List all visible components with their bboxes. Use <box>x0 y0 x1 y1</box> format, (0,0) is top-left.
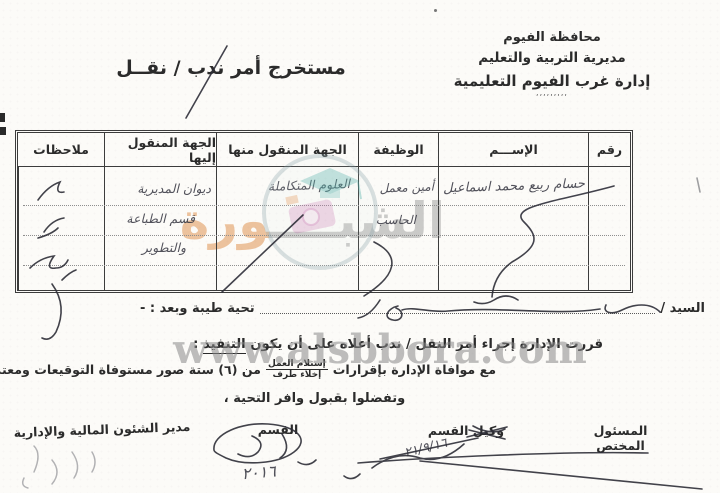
title-crossed-word: ندب <box>187 57 224 79</box>
scan-margin-mark <box>0 113 5 122</box>
signature-label-deputy-department: وكيل القسم <box>420 423 512 438</box>
signature-label-department: القسم <box>252 422 304 437</box>
signature-label-finance-director: مدير الشئون المالية والإدارية <box>12 419 192 440</box>
deputy-crossed-word: وكيل <box>473 423 504 438</box>
deputy-signature <box>344 474 360 479</box>
document-title: مستخرج أمر ندب / نقــل <box>112 57 350 79</box>
row-dotted-line <box>23 235 625 236</box>
col-header-from: الجهة المنقول منها <box>216 133 358 166</box>
cell-notes <box>18 167 104 291</box>
handwritten-job-line1: أمين معمل <box>352 180 434 197</box>
title-suffix: / نقــل <box>116 57 180 79</box>
table-header-row: رقم الإســـم الوظيفة الجهة المنقول منها … <box>18 133 630 167</box>
administration-underline: ,,,,,,,,, <box>452 90 652 96</box>
col-header-name: الإســـم <box>438 133 588 166</box>
handwritten-to-line2: قسم الطباعة <box>100 211 195 226</box>
competent-signature-line <box>420 461 702 489</box>
directorate-line: مديرية التربية والتعليم <box>452 50 652 66</box>
handwritten-deputy-date: ٢١/٩/١٦ <box>377 436 449 467</box>
department-signature <box>280 434 287 458</box>
letterhead: محافظة الفيوم مديرية التربية والتعليم إد… <box>452 30 652 96</box>
row-dotted-line <box>23 205 625 206</box>
col-header-notes: ملاحظات <box>18 133 104 166</box>
watermark-url: www.alsbbora.com <box>170 326 590 373</box>
department-signature <box>298 460 316 465</box>
margin-stroke <box>697 178 700 192</box>
governorate-line: محافظة الفيوم <box>452 30 652 45</box>
handwritten-to-line3: والتطوير <box>106 240 186 255</box>
closing-line: وتفضلوا بقبول وافر التحية ، <box>222 391 407 406</box>
row-dotted-line <box>23 265 625 266</box>
finance-signature <box>23 446 95 488</box>
addressee-line: السيد / تحية طيبة وبعد : - <box>140 301 705 316</box>
col-header-to: الجهة المنقول إليها <box>104 133 216 166</box>
handwritten-department-date: ٢٠١٦ <box>215 461 276 485</box>
scan-speck <box>434 9 437 12</box>
col-header-job: الوظيفة <box>358 133 438 166</box>
scanned-document-page: محافظة الفيوم مديرية التربية والتعليم إد… <box>0 0 720 493</box>
scan-margin-mark <box>0 127 6 135</box>
handwritten-job-line2: الحاسب <box>356 213 416 227</box>
dotted-leader <box>260 301 656 314</box>
addressee-prefix: السيد / <box>660 301 705 316</box>
signature-label-competent-official: المسئول المختص <box>568 423 673 453</box>
department-signature <box>238 436 261 457</box>
col-header-number: رقم <box>588 133 630 166</box>
cell-number <box>588 167 630 291</box>
handwritten-to-line1: ديوان المديرية <box>106 181 211 196</box>
deputy-rest-word: القسم <box>428 423 469 438</box>
greeting-text: تحية طيبة وبعد : - <box>140 301 255 316</box>
title-prefix: مستخرج أمر <box>231 57 346 79</box>
